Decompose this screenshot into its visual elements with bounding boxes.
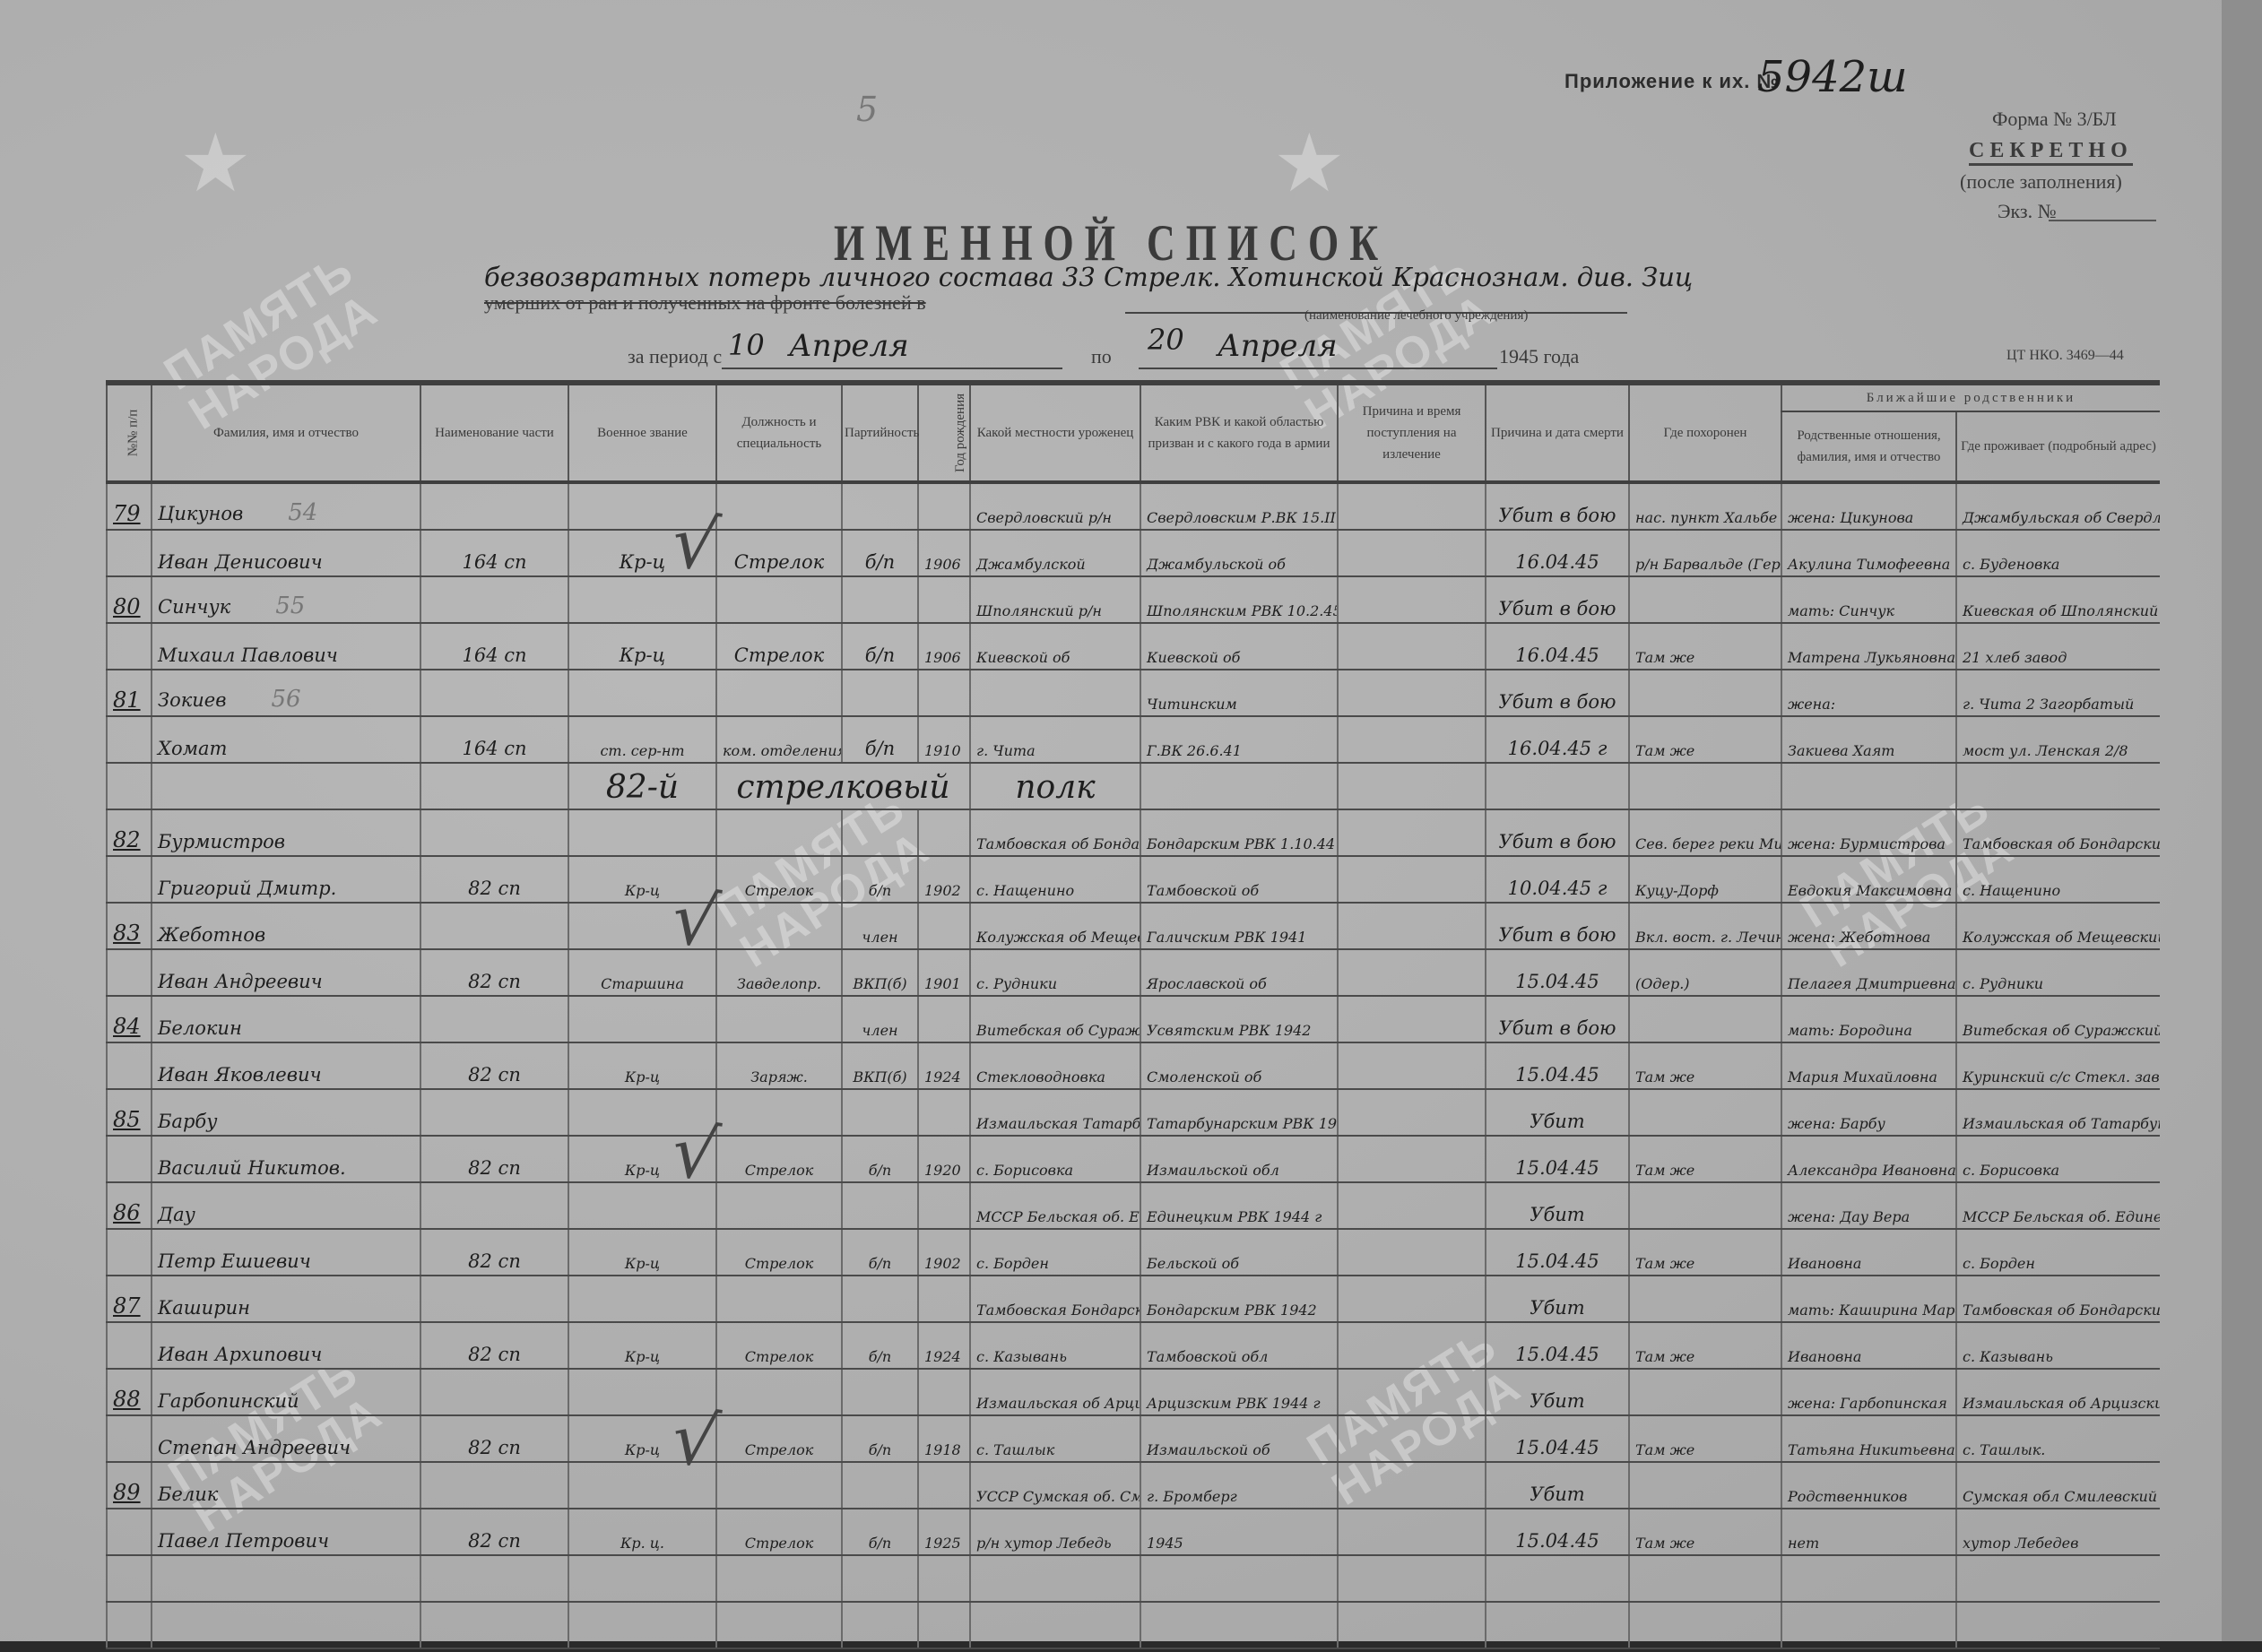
birth-year: 1925 xyxy=(918,1509,970,1555)
relative: жена: Гарбопинская xyxy=(1781,1369,1956,1415)
address: 21 хлеб завод xyxy=(1956,623,2160,670)
rvk: Бондарским РВК 1942 xyxy=(1140,1276,1338,1322)
relative: Татьяна Никитьевна xyxy=(1781,1415,1956,1462)
empty-cell xyxy=(1338,1276,1486,1322)
relative: Матрена Лукьяновна xyxy=(1781,623,1956,670)
empty-cell xyxy=(107,856,152,903)
relative: жена: xyxy=(1781,670,1956,716)
empty-cell xyxy=(918,1555,970,1602)
empty-cell xyxy=(918,1182,970,1229)
period-year: 1945 года xyxy=(1499,345,1579,368)
table-row: Василий Никитов.82 спКр-цСтрелокб/п1920с… xyxy=(107,1136,2160,1182)
death-cause: Убит в бою xyxy=(1486,576,1629,623)
surname: Дау xyxy=(152,1182,420,1229)
given-names: Павел Петрович xyxy=(152,1509,420,1555)
position: Стрелок xyxy=(716,1322,842,1369)
empty-cell xyxy=(970,1555,1140,1602)
birth-year: 1924 xyxy=(918,1322,970,1369)
given-names: Степан Андреевич xyxy=(152,1415,420,1462)
origin: с. Борден xyxy=(970,1229,1140,1276)
burial: Там же xyxy=(1629,623,1781,670)
surname: Каширин xyxy=(152,1276,420,1322)
burial: Там же xyxy=(1629,1229,1781,1276)
table-row: Иван Яковлевич82 спКр-цЗаряж.ВКП(б)1924С… xyxy=(107,1042,2160,1089)
empty-cell xyxy=(107,1509,152,1555)
party: б/п xyxy=(842,716,918,763)
empty-cell xyxy=(1338,1042,1486,1089)
origin: Свердловский р/н xyxy=(970,482,1140,530)
relative: жена: Жеботнова xyxy=(1781,903,1956,949)
burial: Вкл. вост. г. Лечин xyxy=(1629,903,1781,949)
party-member: член xyxy=(842,903,918,949)
empty-cell xyxy=(1338,482,1486,530)
relative: жена: Дау Вера xyxy=(1781,1182,1956,1229)
address: Витебская об Суражский р/н xyxy=(1956,996,2160,1042)
empty-cell xyxy=(568,809,716,856)
period-to-label: по xyxy=(1091,345,1112,368)
death-date: 15.04.45 xyxy=(1486,1136,1629,1182)
empty-cell xyxy=(107,1555,152,1602)
table-row: 86ДауМССР Бельская об. ЕдинецкийЕдинецки… xyxy=(107,1182,2160,1229)
birth-year: 1902 xyxy=(918,856,970,903)
death-cause: Убит в бою xyxy=(1486,482,1629,530)
position: Стрелок xyxy=(716,1509,842,1555)
relative: Евдокия Максимовна xyxy=(1781,856,1956,903)
relative: мать: Синчук xyxy=(1781,576,1956,623)
row-number: 85 xyxy=(107,1089,152,1136)
unit: 164 сп xyxy=(420,530,568,576)
col-number: №№ п/п xyxy=(107,383,152,482)
empty-cell xyxy=(1781,1555,1956,1602)
empty-cell xyxy=(918,809,970,856)
table-row: Хомат 164 сп ст. сер-нт ком. отделения б… xyxy=(107,716,2160,763)
origin: с. Борисовка xyxy=(970,1136,1140,1182)
relative: нет xyxy=(1781,1509,1956,1555)
position: Заряж. xyxy=(716,1042,842,1089)
table-row: Иван Денисович 164 сп Кр-ц Стрелок б/п 1… xyxy=(107,530,2160,576)
table-row: 88ГарбопинскийИзмаильская об Арцизский р… xyxy=(107,1369,2160,1415)
empty-cell xyxy=(716,1602,842,1648)
empty-cell xyxy=(918,903,970,949)
table-row: 83ЖеботновчленКолужская об Мещевский р/н… xyxy=(107,903,2160,949)
origin: Тамбовская об Бондарский р/н xyxy=(970,809,1140,856)
empty-cell xyxy=(842,809,918,856)
col-burial: Где похоронен xyxy=(1629,383,1781,482)
empty-cell xyxy=(568,996,716,1042)
table-row: 85БарбуИзмаильская Татарбунарский р/нТат… xyxy=(107,1089,2160,1136)
burial xyxy=(1629,670,1781,716)
empty-cell xyxy=(918,482,970,530)
position: Стрелок xyxy=(716,1136,842,1182)
rvk: Джамбульской об xyxy=(1140,530,1338,576)
party: б/п xyxy=(842,856,918,903)
relative: жена: Цикунова xyxy=(1781,482,1956,530)
address: Сумская обл Смилевский р/н xyxy=(1956,1462,2160,1509)
address: хутор Лебедев xyxy=(1956,1509,2160,1555)
empty-cell xyxy=(107,1322,152,1369)
empty-cell xyxy=(716,1276,842,1322)
empty-cell xyxy=(1338,949,1486,996)
birth-year: 1918 xyxy=(918,1415,970,1462)
empty-cell xyxy=(842,482,918,530)
position: Стрелок xyxy=(716,623,842,670)
surname: Гарбопинский xyxy=(152,1369,420,1415)
relative: Мария Михайловна xyxy=(1781,1042,1956,1089)
rank: ст. сер-нт xyxy=(568,716,716,763)
empty-cell xyxy=(420,1462,568,1509)
burial: Там же xyxy=(1629,1509,1781,1555)
rank: Кр-ц xyxy=(568,1322,716,1369)
empty-cell xyxy=(107,1136,152,1182)
empty-cell xyxy=(107,1042,152,1089)
sheet-number: 5 xyxy=(856,90,878,129)
col-rank: Военное звание xyxy=(568,383,716,482)
rvk: г. Бромберг xyxy=(1140,1462,1338,1509)
period-to-line xyxy=(1139,368,1497,369)
origin: Стекловодновка xyxy=(970,1042,1140,1089)
death-cause: Убит xyxy=(1486,1462,1629,1509)
row-number: 80 xyxy=(107,576,152,623)
table-row: 80 Синчук55 Шполянский р/н Шполянским РВ… xyxy=(107,576,2160,623)
empty-cell xyxy=(716,1555,842,1602)
burial: Куцу-Дорф xyxy=(1629,856,1781,903)
regiment-number: 82-й xyxy=(568,763,716,809)
unit: 82 сп xyxy=(420,1415,568,1462)
death-date: 15.04.45 xyxy=(1486,1509,1629,1555)
burial: Там же xyxy=(1629,1322,1781,1369)
empty-cell xyxy=(107,1415,152,1462)
empty-cell xyxy=(107,716,152,763)
table-row: 89БеликУССР Сумская об. Смилевскийг. Бро… xyxy=(107,1462,2160,1509)
birth-year: 1901 xyxy=(918,949,970,996)
party: б/п xyxy=(842,623,918,670)
unit: 82 сп xyxy=(420,1322,568,1369)
empty-cell xyxy=(107,1602,152,1648)
col-full-name: Фамилия, имя и отчество xyxy=(152,383,420,482)
regiment-divider-row: 82-й стрелковый полк xyxy=(107,763,2160,809)
period-to-day: 20 xyxy=(1148,323,1184,357)
empty-cell xyxy=(1140,1602,1338,1648)
death-cause: Убит в бою xyxy=(1486,670,1629,716)
origin: Джамбулской xyxy=(970,530,1140,576)
empty-cell xyxy=(420,1182,568,1229)
empty-cell xyxy=(152,1602,420,1648)
empty-cell xyxy=(1629,1555,1781,1602)
position: Стрелок xyxy=(716,856,842,903)
period-from-line xyxy=(722,368,1062,369)
given-names: Иван Денисович xyxy=(152,530,420,576)
address: мост ул. Ленская 2/8 xyxy=(1956,716,2160,763)
empty-cell xyxy=(842,1369,918,1415)
empty-cell xyxy=(918,1089,970,1136)
empty-cell xyxy=(842,1182,918,1229)
page-edge xyxy=(2222,0,2262,1652)
empty-cell xyxy=(1140,763,1338,809)
rvk: Усвятским РВК 1942 xyxy=(1140,996,1338,1042)
surname: Белик xyxy=(152,1462,420,1509)
relative: мать: Каширина Марфа xyxy=(1781,1276,1956,1322)
empty-cell xyxy=(1781,763,1956,809)
empty-cell xyxy=(1338,1182,1486,1229)
empty-row xyxy=(107,1602,2160,1648)
empty-cell xyxy=(716,670,842,716)
empty-cell xyxy=(918,576,970,623)
origin: с. Ташлык xyxy=(970,1415,1140,1462)
relative: Закиева Хаят xyxy=(1781,716,1956,763)
rvk: Г.ВК 26.6.41 xyxy=(1140,716,1338,763)
address: Тамбовская об Бондарский р/н xyxy=(1956,809,2160,856)
death-cause: Убит в бою xyxy=(1486,809,1629,856)
address: с. Буденовка xyxy=(1956,530,2160,576)
unit: 82 сп xyxy=(420,949,568,996)
empty-cell xyxy=(420,482,568,530)
col-admission: Причина и время поступления на излечение xyxy=(1338,383,1486,482)
unit: 82 сп xyxy=(420,1136,568,1182)
classification: СЕКРЕТНО xyxy=(1969,139,2133,166)
origin: МССР Бельская об. Единецкий xyxy=(970,1182,1140,1229)
unit: 82 сп xyxy=(420,856,568,903)
address: с. Рудники xyxy=(1956,949,2160,996)
attachment-number: 5942ш xyxy=(1757,52,1908,102)
given-names: Петр Ешиевич xyxy=(152,1229,420,1276)
empty-cell xyxy=(420,1089,568,1136)
empty-cell xyxy=(420,1555,568,1602)
empty-cell xyxy=(1338,1369,1486,1415)
relative: жена: Барбу xyxy=(1781,1089,1956,1136)
empty-cell xyxy=(716,903,842,949)
address: МССР Бельская об. Единецкий р xyxy=(1956,1182,2160,1229)
empty-cell xyxy=(1338,1509,1486,1555)
burial xyxy=(1629,996,1781,1042)
empty-cell xyxy=(716,809,842,856)
empty-cell xyxy=(420,1276,568,1322)
death-date: 16.04.45 г xyxy=(1486,716,1629,763)
empty-cell xyxy=(842,670,918,716)
address: Измаильская об Арцизский р/н xyxy=(1956,1369,2160,1415)
party: ВКП(б) xyxy=(842,949,918,996)
copy-number-field xyxy=(2049,220,2156,221)
relative: Александра Ивановна xyxy=(1781,1136,1956,1182)
empty-cell xyxy=(420,809,568,856)
col-unit: Наименование части xyxy=(420,383,568,482)
rvk: Арцизским РВК 1944 г xyxy=(1140,1369,1338,1415)
relative: мать: Бородина xyxy=(1781,996,1956,1042)
origin: Киевской об xyxy=(970,623,1140,670)
party: б/п xyxy=(842,1322,918,1369)
empty-cell xyxy=(842,576,918,623)
empty-cell xyxy=(918,670,970,716)
col-relative: Родственные отношения, фамилия, имя и от… xyxy=(1781,411,1956,482)
empty-cell xyxy=(420,996,568,1042)
relative: Ивановна xyxy=(1781,1229,1956,1276)
empty-cell xyxy=(716,1462,842,1509)
position: Стрелок xyxy=(716,1415,842,1462)
rvk: Единецким РВК 1944 г xyxy=(1140,1182,1338,1229)
empty-cell xyxy=(107,949,152,996)
empty-row xyxy=(107,1555,2160,1602)
table-row: 82БурмистровТамбовская об Бондарский р/н… xyxy=(107,809,2160,856)
empty-cell xyxy=(918,1276,970,1322)
classification-note: (после заполнения) xyxy=(1960,170,2122,194)
birth-year: 1924 xyxy=(918,1042,970,1089)
burial: Там же xyxy=(1629,716,1781,763)
institution-caption: (наименование лечебного учреждения) xyxy=(1304,308,1528,324)
empty-cell xyxy=(420,1369,568,1415)
burial: р/н Барвальде (Германия) xyxy=(1629,530,1781,576)
empty-cell xyxy=(420,1602,568,1648)
given-names: Михаил Павлович xyxy=(152,623,420,670)
address: с. Казывань xyxy=(1956,1322,2160,1369)
rvk: Смоленской об xyxy=(1140,1042,1338,1089)
burial: (Одер.) xyxy=(1629,949,1781,996)
death-date: 16.04.45 xyxy=(1486,530,1629,576)
given-names: Хомат xyxy=(152,716,420,763)
address: Куринский с/с Стекл. завод „Новка“ xyxy=(1956,1042,2160,1089)
empty-cell xyxy=(716,996,842,1042)
origin: с. Рудники xyxy=(970,949,1140,996)
empty-cell xyxy=(1338,1089,1486,1136)
given-names: Иван Яковлевич xyxy=(152,1042,420,1089)
address: Джамбульская об Свердловский р/н xyxy=(1956,482,2160,530)
regiment-word: полк xyxy=(970,763,1140,809)
empty-cell xyxy=(1338,1136,1486,1182)
party-member: член xyxy=(842,996,918,1042)
empty-cell xyxy=(1956,1555,2160,1602)
rvk: Бондарским РВК 1.10.44 xyxy=(1140,809,1338,856)
address: г. Чита 2 Загорбатый xyxy=(1956,670,2160,716)
burial xyxy=(1629,576,1781,623)
empty-cell xyxy=(1629,1602,1781,1648)
relative: Родственников xyxy=(1781,1462,1956,1509)
given-names: Василий Никитов. xyxy=(152,1136,420,1182)
col-party: Партийность xyxy=(842,383,918,482)
watermark-star-icon: ★ xyxy=(1273,117,1346,211)
rank: Кр. ц. xyxy=(568,1509,716,1555)
empty-cell xyxy=(1956,763,2160,809)
empty-cell xyxy=(1338,763,1486,809)
row-number: 79 xyxy=(107,482,152,530)
col-birth-year: Год рождения xyxy=(918,383,970,482)
empty-cell xyxy=(1338,856,1486,903)
regiment-word: стрелковый xyxy=(716,763,970,809)
rvk: Галичским РВК 1941 xyxy=(1140,903,1338,949)
rvk: Измаильской обл xyxy=(1140,1136,1338,1182)
table-row: 84БелокинчленВитебская об Суражский р/нУ… xyxy=(107,996,2160,1042)
table-row: 87КаширинТамбовская Бондарский р/нБондар… xyxy=(107,1276,2160,1322)
unit: 164 сп xyxy=(420,716,568,763)
row-number: 86 xyxy=(107,1182,152,1229)
rank: Кр-ц xyxy=(568,623,716,670)
birth-year: 1920 xyxy=(918,1136,970,1182)
period-from-day: 10 xyxy=(728,328,765,362)
empty-cell xyxy=(1629,763,1781,809)
unit: 82 сп xyxy=(420,1229,568,1276)
origin: Измаильская Татарбунарский р/н xyxy=(970,1089,1140,1136)
document-subtitle: безвозвратных потерь личного состава 33 … xyxy=(484,262,1693,292)
position: ком. отделения xyxy=(716,716,842,763)
party: б/п xyxy=(842,1509,918,1555)
origin: с. Нащенино xyxy=(970,856,1140,903)
empty-cell xyxy=(842,1555,918,1602)
empty-cell xyxy=(107,1229,152,1276)
address: с. Борисовка xyxy=(1956,1136,2160,1182)
table-row: Петр Ешиевич82 спКр-цСтрелокб/п1902с. Бо… xyxy=(107,1229,2160,1276)
death-cause: Убит в бою xyxy=(1486,996,1629,1042)
rvk: Измаильской об xyxy=(1140,1415,1338,1462)
burial xyxy=(1629,1276,1781,1322)
rvk: Тамбовской обл xyxy=(1140,1322,1338,1369)
surname: Зокиев56 xyxy=(152,670,420,716)
origin: УССР Сумская об. Смилевский xyxy=(970,1462,1140,1509)
burial: нас. пункт Хальбе xyxy=(1629,482,1781,530)
empty-cell xyxy=(420,576,568,623)
row-number: 84 xyxy=(107,996,152,1042)
empty-cell xyxy=(420,903,568,949)
party: б/п xyxy=(842,530,918,576)
relative: Акулина Тимофеевна xyxy=(1781,530,1956,576)
empty-cell xyxy=(1338,623,1486,670)
attachment-stamp: Приложение к их. № xyxy=(1564,70,1780,93)
empty-cell xyxy=(152,1555,420,1602)
empty-cell xyxy=(918,1369,970,1415)
empty-cell xyxy=(107,530,152,576)
empty-cell xyxy=(107,763,152,809)
rvk: Ярославской об xyxy=(1140,949,1338,996)
unit: 164 сп xyxy=(420,623,568,670)
watermark-star-icon: ★ xyxy=(179,117,252,211)
rvk: Свердловским Р.ВК 15.II.42 xyxy=(1140,482,1338,530)
col-death: Причина и дата смерти xyxy=(1486,383,1629,482)
death-date: 15.04.45 xyxy=(1486,1229,1629,1276)
origin xyxy=(970,670,1140,716)
empty-cell xyxy=(1338,809,1486,856)
empty-cell xyxy=(1140,1555,1338,1602)
relative: Ивановна xyxy=(1781,1322,1956,1369)
birth-year: 1910 xyxy=(918,716,970,763)
period-label: за период с xyxy=(628,345,722,368)
given-names: Иван Андреевич xyxy=(152,949,420,996)
empty-cell xyxy=(918,996,970,1042)
burial xyxy=(1629,1369,1781,1415)
table-row: 79 Цикунов54 Свердловский р/н Свердловск… xyxy=(107,482,2160,530)
empty-cell xyxy=(568,1276,716,1322)
empty-cell xyxy=(1338,996,1486,1042)
empty-cell xyxy=(107,623,152,670)
table-row: Степан Андреевич82 спКр-цСтрелокб/п1918с… xyxy=(107,1415,2160,1462)
empty-cell xyxy=(1338,670,1486,716)
origin: р/н хутор Лебедь xyxy=(970,1509,1140,1555)
birth-year: 1906 xyxy=(918,530,970,576)
row-number: 83 xyxy=(107,903,152,949)
empty-cell xyxy=(1338,716,1486,763)
unit: 82 сп xyxy=(420,1042,568,1089)
col-rvk: Каким РВК и какой областью призван и с к… xyxy=(1140,383,1338,482)
table-row: Михаил Павлович 164 сп Кр-ц Стрелок б/п … xyxy=(107,623,2160,670)
burial: Сев. берег реки Мицель дер xyxy=(1629,809,1781,856)
table-row: Иван Архипович82 спКр-цСтрелокб/п1924с. … xyxy=(107,1322,2160,1369)
period-from-month: Апреля xyxy=(789,328,909,364)
empty-cell xyxy=(1781,1602,1956,1648)
empty-cell xyxy=(1338,1415,1486,1462)
relative: Пелагея Дмитриевна xyxy=(1781,949,1956,996)
rvk: Бельской об xyxy=(1140,1229,1338,1276)
burial xyxy=(1629,1089,1781,1136)
death-date: 15.04.45 xyxy=(1486,1322,1629,1369)
death-cause: Убит xyxy=(1486,1276,1629,1322)
rvk: Татарбунарским РВК 1944 xyxy=(1140,1089,1338,1136)
surname: Жеботнов xyxy=(152,903,420,949)
surname: Цикунов54 xyxy=(152,482,420,530)
